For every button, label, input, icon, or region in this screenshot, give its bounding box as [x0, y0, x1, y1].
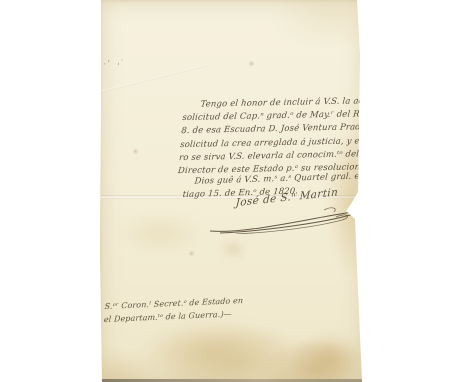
stain [138, 320, 288, 382]
stain [118, 212, 202, 254]
letter-paper: ·’ ˌ· Tengo el honor de incluir á V.S. l… [100, 0, 363, 382]
address-block: S.ᵒʳ Coron.ˡ Secret.ᵒ de Estado en el De… [103, 294, 274, 327]
ink-speck [250, 62, 253, 65]
stain [292, 332, 366, 382]
ink-speck [190, 252, 193, 255]
photo-background: ·’ ˌ· Tengo el honor de incluir á V.S. l… [0, 0, 468, 382]
docket-marks: ·’ ˌ· [102, 51, 143, 70]
stain [220, 240, 246, 258]
signature-flourish [206, 204, 358, 234]
ink-speck [134, 150, 137, 153]
letter-body: Tengo el honor de incluir á V.S. la adju… [177, 95, 370, 178]
